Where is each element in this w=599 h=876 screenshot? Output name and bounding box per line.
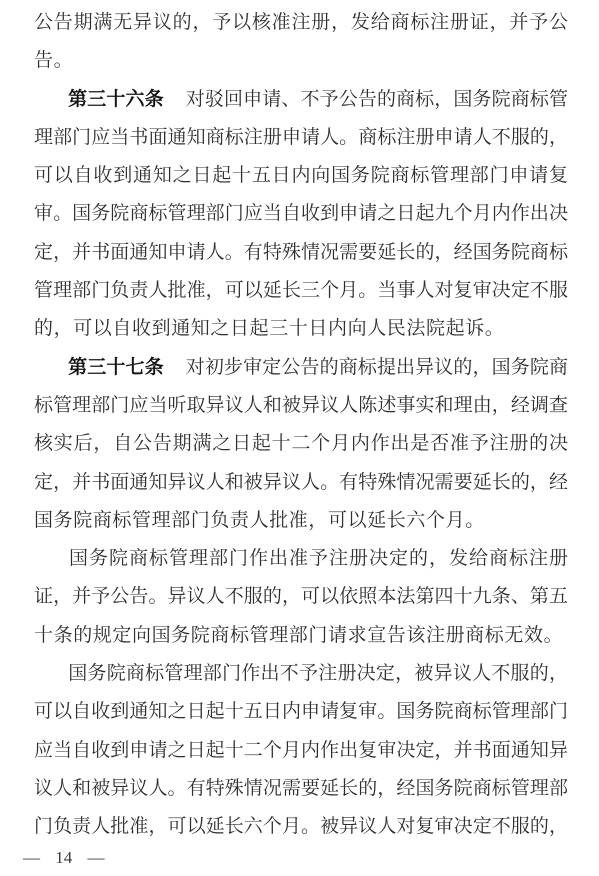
line-text: 可以自收到通知之日起十五日内申请复审。国务院商标管理部门 [34, 701, 568, 722]
line-text: 告。 [34, 50, 73, 71]
paragraph-indent [34, 104, 68, 105]
heading-gap [164, 372, 186, 373]
line-text: 理部门应当书面通知商标注册申请人。商标注册申请人不服的， [34, 127, 568, 148]
text-line: 定，并书面通知申请人。有特殊情况需要延长的，经国务院商标 [34, 234, 568, 272]
line-text: 国务院商标管理部门作出不予注册决定，被异议人不服的， [68, 663, 568, 684]
paragraph-indent [34, 678, 68, 679]
text-line: 核实后，自公告期满之日起十二个月内作出是否准予注册的决 [34, 425, 568, 463]
line-text: 的，可以自收到通知之日起三十日内向人民法院起诉。 [34, 318, 504, 339]
line-text: 对驳回申请、不予公告的商标，国务院商标管 [186, 89, 568, 110]
line-text: 定，并书面通知异议人和被异议人。有特殊情况需要延长的，经 [34, 472, 568, 493]
article-number: 第三十七条 [68, 357, 164, 378]
text-line: 议人和被异议人。有特殊情况需要延长的，经国务院商标管理部 [34, 770, 568, 808]
line-text: 国务院商标管理部门作出准予注册决定的，发给商标注册 [68, 548, 568, 569]
text-line: 管理部门负责人批准，可以延长三个月。当事人对复审决定不服 [34, 272, 568, 310]
text-line: 审。国务院商标管理部门应当自收到申请之日起九个月内作出决 [34, 195, 568, 233]
text-line: 应当自收到申请之日起十二个月内作出复审决定，并书面通知异 [34, 732, 568, 770]
footer-dash-right: — [88, 848, 105, 868]
text-line: 公告期满无异议的，予以核准注册，发给商标注册证，并予公 [34, 4, 568, 42]
line-text: 公告期满无异议的，予以核准注册，发给商标注册证，并予公 [34, 12, 568, 33]
line-text: 议人和被异议人。有特殊情况需要延长的，经国务院商标管理部 [34, 778, 568, 799]
article-heading-line: 第三十七条对初步审定公告的商标提出异议的，国务院商 [34, 349, 568, 387]
paragraph-indent [34, 372, 68, 373]
text-line: 十条的规定向国务院商标管理部门请求宣告该注册商标无效。 [34, 617, 568, 655]
text-line: 理部门应当书面通知商标注册申请人。商标注册申请人不服的， [34, 119, 568, 157]
text-line: 可以自收到通知之日起十五日内向国务院商标管理部门申请复 [34, 157, 568, 195]
line-text: 审。国务院商标管理部门应当自收到申请之日起九个月内作出决 [34, 203, 568, 224]
heading-gap [164, 104, 186, 105]
text-line: 告。 [34, 42, 568, 80]
text-block: 公告期满无异议的，予以核准注册，发给商标注册证，并予公告。第三十六条对驳回申请、… [34, 4, 568, 847]
line-text: 门负责人批准，可以延长六个月。被异议人对复审决定不服的， [34, 816, 568, 837]
paragraph-indent [34, 563, 68, 564]
line-text: 可以自收到通知之日起十五日内向国务院商标管理部门申请复 [34, 165, 568, 186]
text-line: 门负责人批准，可以延长六个月。被异议人对复审决定不服的， [34, 808, 568, 846]
line-text: 证，并予公告。异议人不服的，可以依照本法第四十九条、第五 [34, 586, 568, 607]
text-line: 可以自收到通知之日起十五日内申请复审。国务院商标管理部门 [34, 693, 568, 731]
article-number: 第三十六条 [68, 89, 164, 110]
text-line: 国务院商标管理部门作出不予注册决定，被异议人不服的， [34, 655, 568, 693]
line-text: 应当自收到申请之日起十二个月内作出复审决定，并书面通知异 [34, 740, 568, 761]
footer-dash-left: — [23, 848, 40, 868]
text-line: 证，并予公告。异议人不服的，可以依照本法第四十九条、第五 [34, 578, 568, 616]
line-text: 核实后，自公告期满之日起十二个月内作出是否准予注册的决 [34, 433, 568, 454]
line-text: 管理部门负责人批准，可以延长三个月。当事人对复审决定不服 [34, 280, 568, 301]
line-text: 对初步审定公告的商标提出异议的，国务院商 [186, 357, 568, 378]
line-text: 国务院商标管理部门负责人批准，可以延长六个月。 [34, 510, 485, 531]
text-line: 的，可以自收到通知之日起三十日内向人民法院起诉。 [34, 310, 568, 348]
page-footer: — 14 — [23, 848, 105, 868]
line-text: 十条的规定向国务院商标管理部门请求宣告该注册商标无效。 [34, 625, 563, 646]
text-line: 定，并书面通知异议人和被异议人。有特殊情况需要延长的，经 [34, 464, 568, 502]
line-text: 标管理部门应当听取异议人和被异议人陈述事实和理由，经调查 [34, 395, 568, 416]
text-line: 国务院商标管理部门负责人批准，可以延长六个月。 [34, 502, 568, 540]
line-text: 定，并书面通知申请人。有特殊情况需要延长的，经国务院商标 [34, 242, 568, 263]
article-heading-line: 第三十六条对驳回申请、不予公告的商标，国务院商标管 [34, 81, 568, 119]
page-number: 14 [55, 848, 72, 868]
document-page: 公告期满无异议的，予以核准注册，发给商标注册证，并予公告。第三十六条对驳回申请、… [0, 0, 599, 876]
text-line: 标管理部门应当听取异议人和被异议人陈述事实和理由，经调查 [34, 387, 568, 425]
text-line: 国务院商标管理部门作出准予注册决定的，发给商标注册 [34, 540, 568, 578]
